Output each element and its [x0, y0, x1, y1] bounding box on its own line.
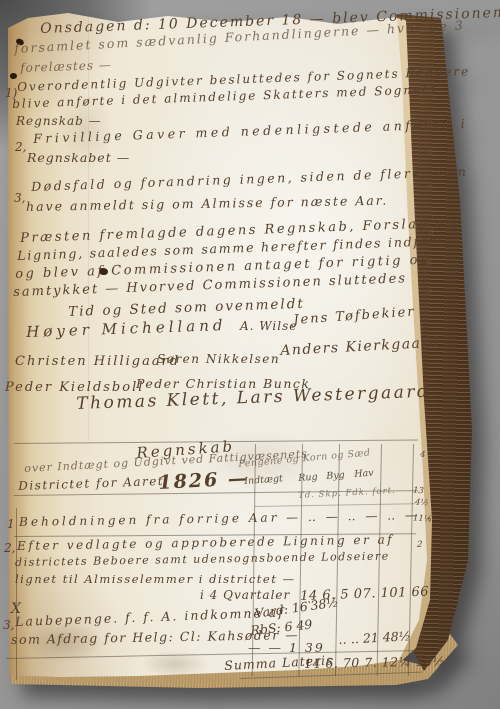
signature: Christen Hilligaard: [15, 355, 180, 368]
item2-line: Regnskabet —: [27, 152, 130, 165]
column-header: Rug: [298, 473, 318, 484]
item2-marker: 2,: [15, 141, 26, 153]
margin-mark: 6: [427, 258, 432, 267]
column-header: Hav: [354, 469, 374, 480]
minutes-intro-line: forelæstes —: [20, 59, 112, 74]
signature: A. Wilse: [240, 320, 297, 332]
row2-line: i 4 Qvartaler: [200, 589, 290, 601]
edge-number: 4½: [415, 498, 429, 509]
margin-mark: 6: [428, 148, 433, 157]
column-header: Byg: [326, 471, 345, 482]
summa-values: 14 6. 70 7. 12¼ 18½: [304, 656, 445, 671]
row2-line: lignet til Almisselemmer i districtet —: [15, 574, 295, 586]
signature: Søren Nikkelsen: [157, 353, 280, 365]
account-year: 1826 —: [158, 469, 249, 493]
margin-vertical-rule: [16, 508, 17, 680]
row1-number: 1: [7, 518, 15, 530]
item3-marker: 3,: [14, 192, 25, 204]
margin-mark: 8: [427, 288, 432, 297]
margin-mark: 8: [427, 118, 432, 127]
margin-mark: 6: [428, 182, 433, 191]
edge-number: 4: [420, 450, 426, 460]
edge-number: 13: [413, 486, 424, 497]
item1-line: Regnskab —: [16, 115, 102, 127]
ledger-book-photo: Onsdagen d: 10 December 18 — blev Commis…: [0, 0, 500, 709]
edge-number: 2: [417, 540, 423, 550]
row2-number: 2,: [4, 542, 15, 554]
column-header: Indtægt: [244, 474, 283, 486]
photo-background: Onsdagen d: 10 December 18 — blev Commis…: [0, 0, 500, 709]
edge-number: 11¼: [413, 513, 433, 524]
row3-number: 3,: [3, 619, 14, 631]
margin-mark: 8: [429, 228, 434, 237]
